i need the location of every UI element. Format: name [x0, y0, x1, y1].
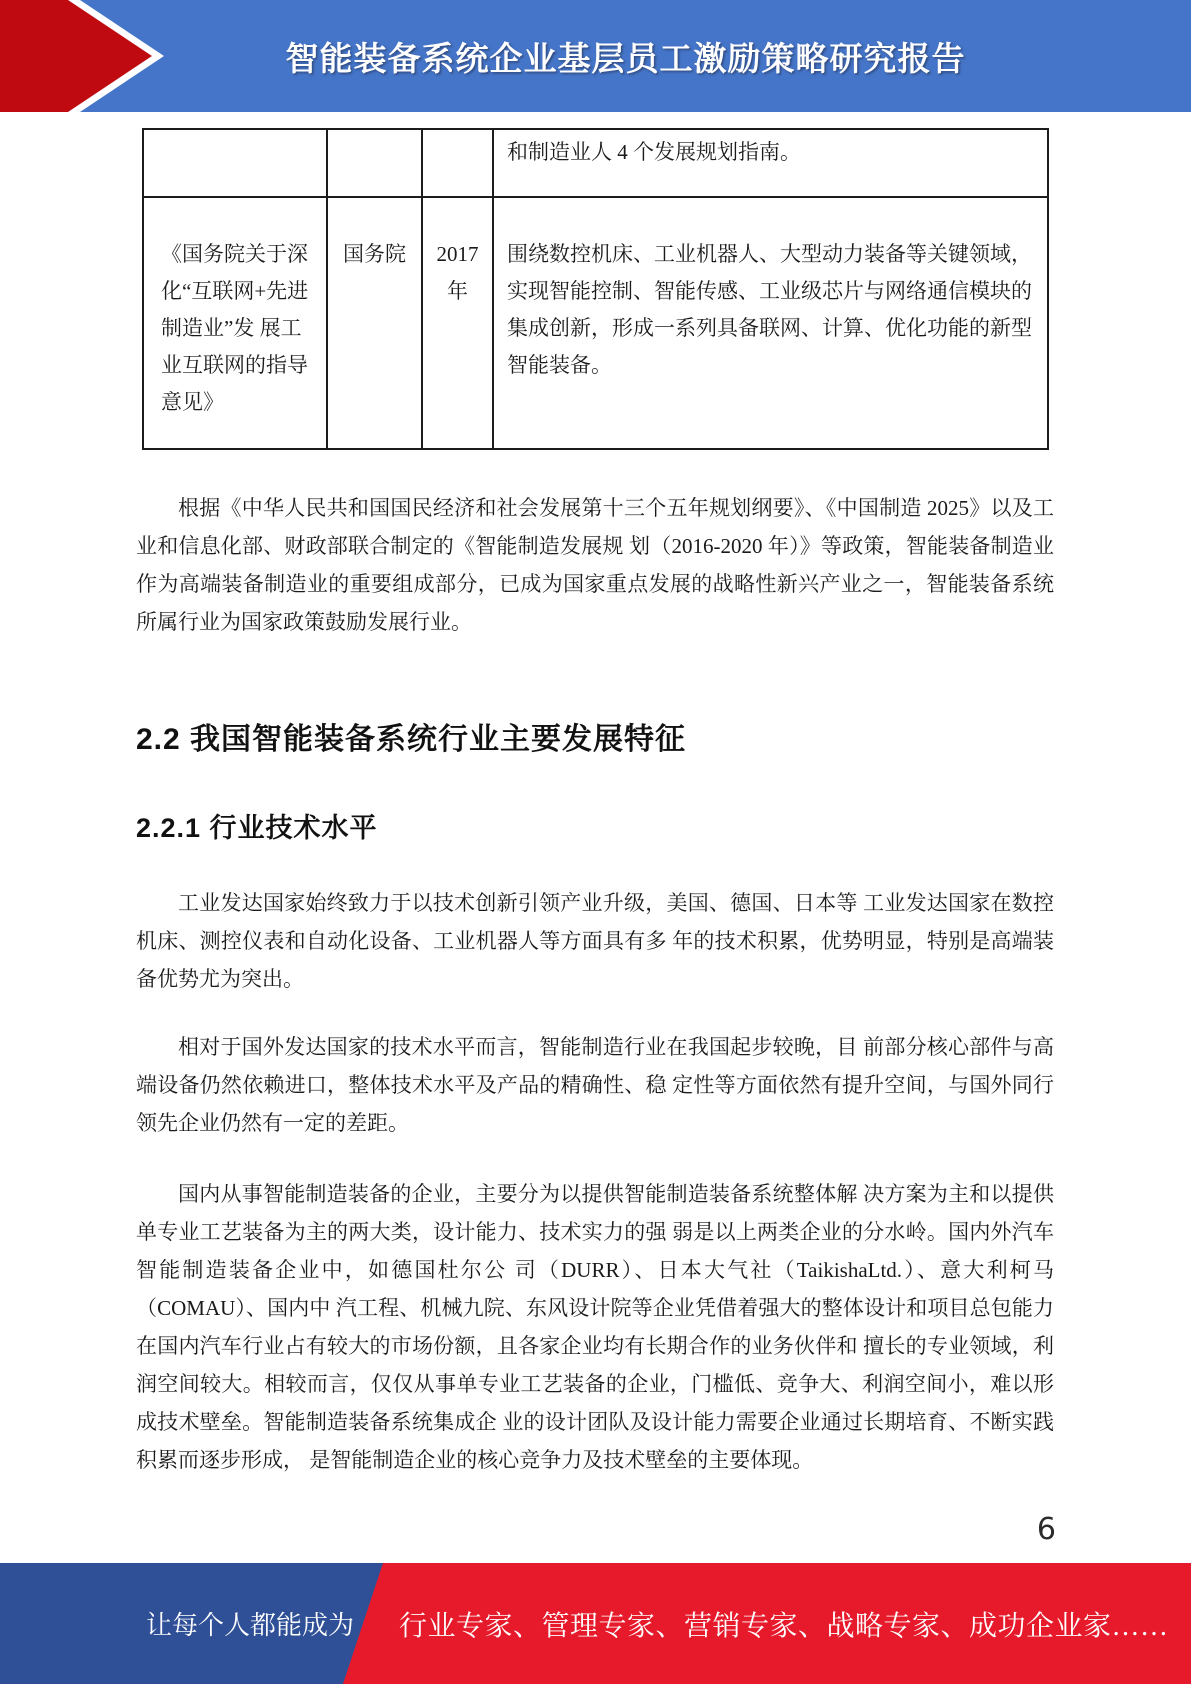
description-cell: 围绕数控机床、工业机器人、大型动力装备等关键领域，实现智能控制、智能传感、工业级…	[493, 197, 1048, 449]
page-footer: 让每个人都能成为 行业专家、管理专家、营销专家、战略专家、成功企业家……	[0, 1563, 1191, 1684]
policy-table: 和制造业人 4 个发展规划指南。 《国务院关于深化“互联网+先进制造业”发 展工…	[142, 128, 1049, 450]
section-heading-2-2: 2.2 我国智能装备系统行业主要发展特征	[136, 719, 686, 761]
report-title: 智能装备系统企业基层员工激励策略研究报告	[226, 33, 966, 80]
subsection-heading-2-2-1: 2.2.1 行业技术水平	[136, 808, 378, 848]
issuer-cell: 国务院	[327, 197, 422, 449]
red-chevron-icon	[0, 0, 176, 112]
year-cell: 2017年	[422, 197, 493, 449]
table-row-policy: 《国务院关于深化“互联网+先进制造业”发 展工业互联网的指导意见》 国务院 20…	[143, 197, 1048, 449]
footer-slogan-left: 让每个人都能成为	[146, 1563, 354, 1684]
policy-name-cell	[143, 129, 327, 197]
description-cell: 和制造业人 4 个发展规划指南。	[493, 129, 1048, 197]
footer-slogan-right: 行业专家、管理专家、营销专家、战略专家、成功企业家……	[399, 1563, 1169, 1684]
year-cell	[422, 129, 493, 197]
paragraph-industry-tech-3: 国内从事智能制造装备的企业，主要分为以提供智能制造装备系统整体解 决方案为主和以…	[136, 1175, 1054, 1479]
paragraph-industry-tech-2: 相对于国外发达国家的技术水平而言，智能制造行业在我国起步较晚，目 前部分核心部件…	[136, 1028, 1054, 1142]
paragraph-industry-tech-1: 工业发达国家始终致力于以技术创新引领产业升级，美国、德国、日本等 工业发达国家在…	[136, 884, 1054, 998]
page-number: 6	[1037, 1512, 1056, 1548]
policy-name-cell: 《国务院关于深化“互联网+先进制造业”发 展工业互联网的指导意见》	[143, 197, 327, 449]
paragraph-policy-basis: 根据《中华人民共和国国民经济和社会发展第十三个五年规划纲要》、《中国制造 202…	[136, 489, 1054, 641]
table-row-continued: 和制造业人 4 个发展规划指南。	[143, 129, 1048, 197]
issuer-cell	[327, 129, 422, 197]
page-header: 智能装备系统企业基层员工激励策略研究报告	[0, 0, 1191, 112]
